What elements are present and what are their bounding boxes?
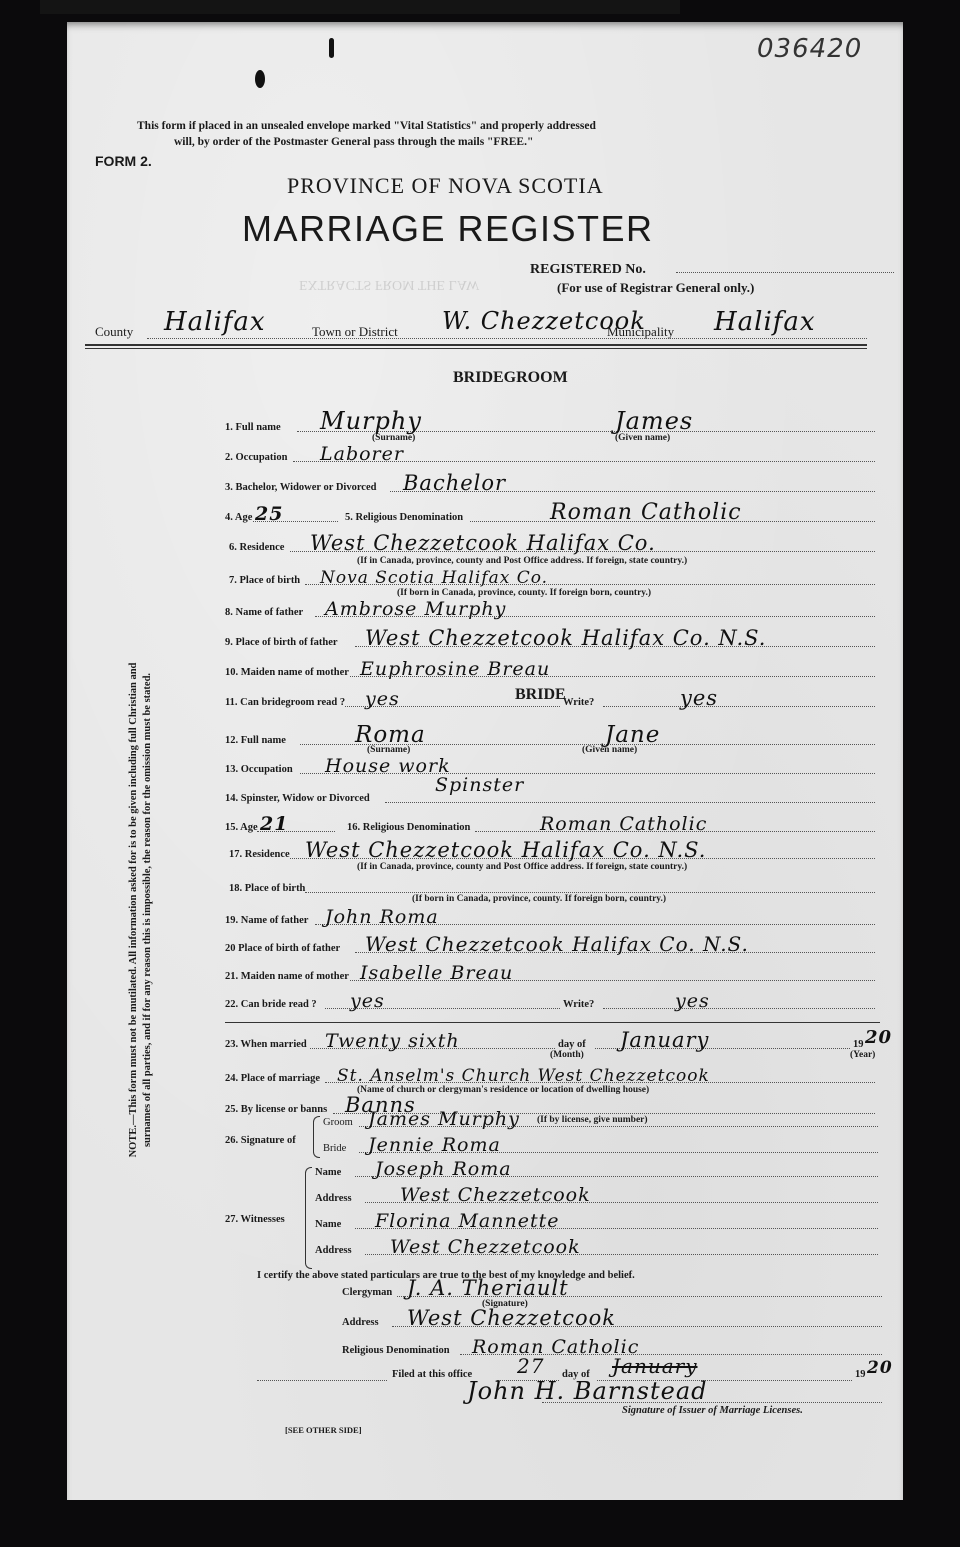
bride-residence-hint: (If in Canada, province, county and Post…	[357, 862, 687, 872]
witness-1-address-label: Address	[315, 1193, 352, 1204]
groom-residence-row: 6. Residence West Chezzetcook Halifax Co…	[225, 537, 875, 555]
groom-residence-label: 6. Residence	[229, 542, 284, 553]
dotted-line	[603, 1008, 875, 1009]
groom-status-row: 3. Bachelor, Widower or Divorced Bachelo…	[225, 477, 875, 495]
groom-occupation-label: 2. Occupation	[225, 452, 287, 463]
groom-write: yes	[680, 686, 718, 710]
scanner-shadow	[40, 0, 680, 14]
groom-age: 25	[255, 503, 283, 525]
place-of-marriage-row: 24. Place of marriage St. Anselm's Churc…	[225, 1068, 875, 1086]
witness-1-name: Joseph Roma	[375, 1158, 512, 1180]
bride-father-row: 19. Name of father John Roma	[225, 910, 875, 928]
groom-age-label: 4. Age	[225, 512, 252, 523]
groom-surname: Murphy	[320, 407, 422, 435]
groom-father: Ambrose Murphy	[325, 598, 506, 620]
clergyman-row: Clergyman J. A. Theriault	[342, 1282, 882, 1300]
bride-surname-hint: (Surname)	[367, 745, 410, 755]
filed-year: 20	[867, 1358, 893, 1378]
clergyman-label: Clergyman	[342, 1287, 392, 1298]
groom-father-birthplace-label: 9. Place of birth of father	[225, 637, 338, 648]
groom-father-birthplace-row: 9. Place of birth of father West Chezzet…	[225, 632, 875, 650]
bride-residence-label: 17. Residence	[229, 849, 290, 860]
dotted-line	[257, 1380, 387, 1381]
groom-read: yes	[365, 688, 400, 710]
groom-given-name: James	[615, 407, 693, 435]
bride-birthplace-label: 18. Place of birth	[229, 883, 305, 894]
clergyman-address-row: Address West Chezzetcook	[342, 1312, 882, 1330]
groom-given-hint: (Given name)	[615, 433, 670, 443]
witness-2-name: Florina Mannette	[375, 1210, 559, 1232]
bride-mother: Isabelle Breau	[360, 962, 513, 984]
witnesses-label: 27. Witnesses	[225, 1214, 285, 1225]
issuer-label: Signature of Issuer of Marriage Licenses…	[622, 1405, 803, 1416]
filed-year-prefix: 19	[855, 1369, 866, 1380]
bride-read: yes	[350, 990, 385, 1012]
side-note-line-2: surnames of all parties, and if for any …	[141, 560, 155, 1260]
header-divider	[85, 344, 867, 346]
groom-signature: James Murphy	[368, 1108, 520, 1130]
groom-status: Bachelor	[403, 471, 506, 495]
bride-residence: West Chezzetcook Halifax Co. N.S.	[305, 838, 706, 862]
groom-occupation: Laborer	[320, 443, 404, 465]
bride-write: yes	[675, 990, 710, 1012]
groom-mother-label: 10. Maiden name of mother	[225, 667, 349, 678]
groom-signature-label: Groom	[323, 1117, 353, 1128]
bride-religion-label: 16. Religious Denomination	[347, 822, 470, 833]
location-dotted-line	[147, 338, 867, 339]
groom-birthplace-label: 7. Place of birth	[229, 575, 300, 586]
bride-residence-row: 17. Residence West Chezzetcook Halifax C…	[225, 844, 875, 862]
groom-status-label: 3. Bachelor, Widower or Divorced	[225, 482, 376, 493]
groom-father-label: 8. Name of father	[225, 607, 303, 618]
side-note-line-1: NOTE.—This form must not be mutilated. A…	[127, 560, 141, 1260]
bride-father-birthplace-row: 20 Place of birth of father West Chezzet…	[225, 938, 875, 956]
marriage-day: Twenty sixth	[325, 1030, 460, 1052]
groom-full-name-row: 1. Full name Murphy James	[225, 417, 875, 435]
clergyman-religion-label: Religious Denomination	[342, 1345, 450, 1356]
page-title: MARRIAGE REGISTER	[242, 208, 654, 250]
bride-literacy-row: 22. Can bride read ? yes Write? yes	[225, 994, 875, 1012]
witness-2-address-row: Address West Chezzetcook	[315, 1240, 878, 1258]
side-note: NOTE.—This form must not be mutilated. A…	[127, 560, 155, 1260]
bride-signature-label: Bride	[323, 1143, 346, 1154]
bride-occupation: House work	[325, 755, 451, 777]
bride-signature: Jennie Roma	[368, 1134, 501, 1156]
bride-status-row: 14. Spinster, Widow or Divorced Spinster	[225, 788, 875, 806]
mail-notice-line-1: This form if placed in an unsealed envel…	[137, 119, 596, 134]
header-divider-thin	[85, 348, 867, 349]
ink-mark	[329, 38, 334, 58]
when-married-label: 23. When married	[225, 1039, 307, 1050]
groom-write-label: Write?	[563, 697, 594, 708]
ink-blot	[255, 70, 265, 88]
groom-signature-row: Groom James Murphy	[323, 1112, 878, 1130]
witness-1-address: West Chezzetcook	[400, 1184, 591, 1206]
bride-occupation-label: 13. Occupation	[225, 764, 293, 775]
bride-given-hint: (Given name)	[582, 745, 637, 755]
bride-religion: Roman Catholic	[540, 813, 707, 835]
bride-father: John Roma	[325, 906, 439, 928]
day-of-label: day of	[558, 1039, 586, 1050]
bride-full-name-label: 12. Full name	[225, 735, 286, 746]
groom-read-label: 11. Can bridegroom read ?	[225, 697, 345, 708]
license-banns-label: 25. By license or banns	[225, 1104, 327, 1115]
issuer-signature: John H. Barnstead	[467, 1377, 708, 1405]
groom-residence-hint: (If in Canada, province, county and Post…	[357, 556, 687, 566]
witness-1-name-label: Name	[315, 1167, 341, 1178]
bride-father-label: 19. Name of father	[225, 915, 308, 926]
municipality-value: Halifax	[714, 307, 816, 337]
groom-residence: West Chezzetcook Halifax Co.	[310, 531, 656, 555]
witness-2-address: West Chezzetcook	[390, 1236, 581, 1258]
bride-age-religion-row: 15. Age 21 16. Religious Denomination Ro…	[225, 817, 875, 835]
place-of-marriage-label: 24. Place of marriage	[225, 1073, 320, 1084]
bride-age-label: 15. Age	[225, 822, 258, 833]
bride-mother-row: 21. Maiden name of mother Isabelle Breau	[225, 966, 875, 984]
bride-father-birthplace-label: 20 Place of birth of father	[225, 943, 340, 954]
groom-age-religion-row: 4. Age 25 5. Religious Denomination Roma…	[225, 507, 875, 525]
bride-status-label: 14. Spinster, Widow or Divorced	[225, 793, 370, 804]
bride-signature-row: Bride Jennie Roma	[323, 1138, 878, 1156]
witness-2-name-row: Name Florina Mannette	[315, 1214, 878, 1232]
witness-2-address-label: Address	[315, 1245, 352, 1256]
clergyman-address-label: Address	[342, 1317, 379, 1328]
groom-surname-hint: (Surname)	[372, 433, 415, 443]
bride-father-birthplace: West Chezzetcook Halifax Co. N.S.	[365, 932, 749, 956]
dotted-line	[305, 892, 875, 893]
witness-2-name-label: Name	[315, 1219, 341, 1230]
registered-no-note: (For use of Registrar General only.)	[557, 280, 754, 296]
section-divider	[225, 1022, 880, 1023]
filed-month: January	[612, 1354, 698, 1378]
year-prefix: 19	[853, 1039, 864, 1050]
groom-occupation-row: 2. Occupation Laborer	[225, 447, 875, 465]
register-number-stamp: 036420	[757, 34, 862, 64]
bride-occupation-row: 13. Occupation House work	[225, 759, 875, 777]
groom-mother: Euphrosine Breau	[360, 658, 550, 680]
marriage-month: January	[620, 1028, 709, 1052]
year-hint: (Year)	[850, 1050, 875, 1060]
signature-brace	[313, 1116, 320, 1158]
witness-1-name-row: Name Joseph Roma	[315, 1162, 878, 1180]
witnesses-brace	[305, 1167, 312, 1269]
groom-religion-label: 5. Religious Denomination	[345, 512, 463, 523]
groom-father-row: 8. Name of father Ambrose Murphy	[225, 602, 875, 620]
place-of-marriage: St. Anselm's Church West Chezzetcook	[337, 1066, 710, 1086]
groom-religion: Roman Catholic	[550, 500, 742, 525]
county-value: Halifax	[164, 307, 266, 337]
witness-1-address-row: Address West Chezzetcook	[315, 1188, 878, 1206]
bride-status: Spinster	[435, 774, 524, 796]
month-hint: (Month)	[550, 1050, 584, 1060]
bride-birthplace-hint: (If born in Canada, province, county. If…	[412, 894, 666, 904]
clergyman-signature: J. A. Theriault	[407, 1276, 569, 1300]
bride-full-name-row: 12. Full name Roma Jane	[225, 730, 875, 748]
signature-of-label: 26. Signature of	[225, 1135, 296, 1146]
bride-read-label: 22. Can bride read ?	[225, 999, 317, 1010]
form-number: FORM 2.	[95, 153, 152, 169]
mail-notice-line-2: will, by order of the Postmaster General…	[174, 135, 533, 150]
bleed-through-text: EXTRACTS FROM THE LAW	[299, 276, 479, 292]
dotted-line	[385, 802, 875, 803]
marriage-register-form: 036420 This form if placed in an unseale…	[67, 22, 903, 1500]
bride-heading: BRIDE	[515, 686, 566, 704]
dotted-line	[603, 706, 875, 707]
groom-birthplace-hint: (If born in Canada, province, county. If…	[397, 588, 651, 598]
county-label: County	[95, 324, 133, 340]
groom-mother-row: 10. Maiden name of mother Euphrosine Bre…	[225, 662, 875, 680]
bride-mother-label: 21. Maiden name of mother	[225, 971, 349, 982]
filed-at-office-label: Filed at this office	[392, 1369, 472, 1380]
province-heading: PROVINCE OF NOVA SCOTIA	[287, 173, 604, 199]
registered-no-label: REGISTERED No.	[530, 262, 646, 278]
registered-no-field	[676, 272, 894, 273]
clergyman-address: West Chezzetcook	[407, 1306, 616, 1330]
marriage-year: 20	[865, 1027, 892, 1048]
bride-write-label: Write?	[563, 999, 594, 1010]
bridegroom-heading: BRIDEGROOM	[453, 369, 568, 387]
groom-birthplace-row: 7. Place of birth Nova Scotia Halifax Co…	[225, 570, 875, 588]
groom-birthplace: Nova Scotia Halifax Co.	[320, 568, 548, 588]
bride-age: 21	[260, 813, 288, 835]
groom-father-birthplace: West Chezzetcook Halifax Co. N.S.	[365, 626, 766, 650]
groom-full-name-label: 1. Full name	[225, 422, 281, 433]
filed-day: 27	[517, 1354, 544, 1378]
see-other-side-note: [SEE OTHER SIDE]	[285, 1425, 362, 1435]
